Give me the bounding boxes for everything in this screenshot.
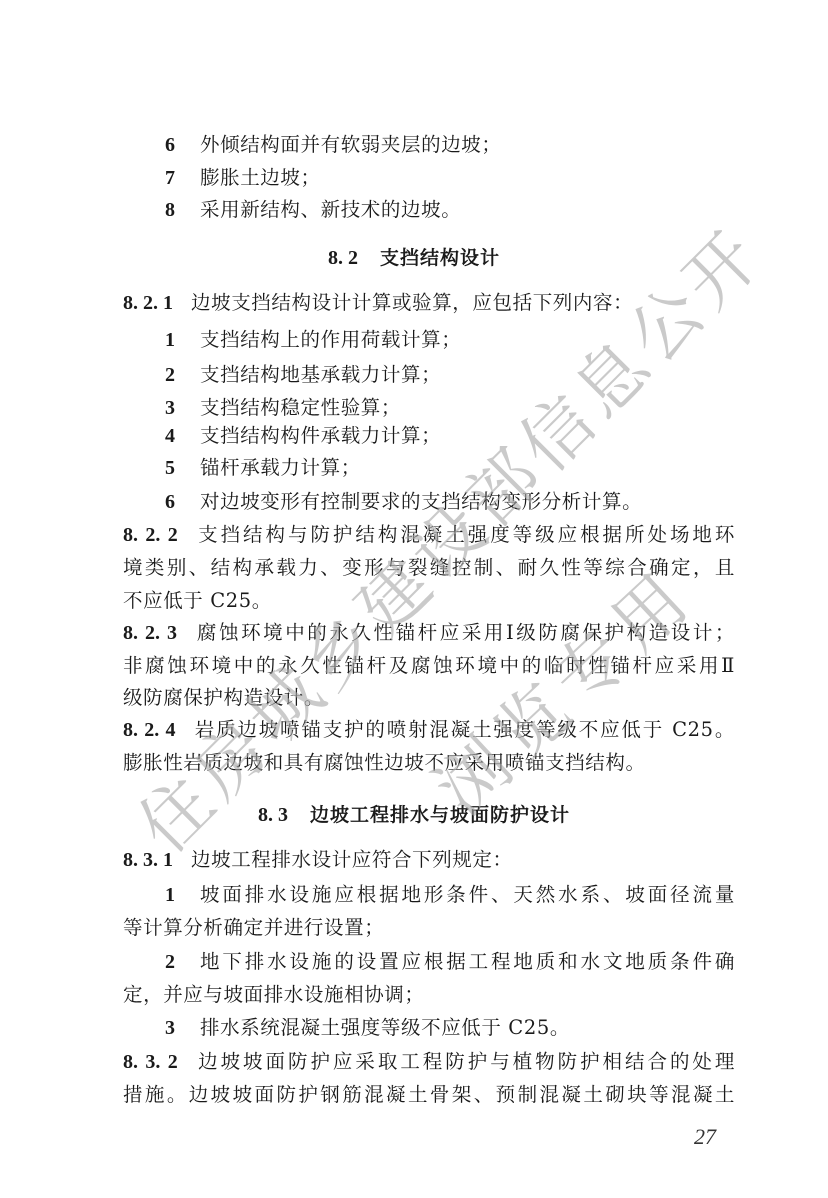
list-item-text: 支挡结构构件承载力计算； <box>200 424 441 448</box>
clause-number: 8. 2. 2 <box>123 524 178 546</box>
clause-number: 8. 3. 1 <box>123 849 173 871</box>
section-number: 8. 3 <box>258 804 288 826</box>
list-item-continuation: 等计算分析确定并进行设置； <box>123 916 735 940</box>
clause-text-continuation: 境类别、结构承载力、变形与裂缝控制、耐久性等综合确定，且 <box>123 556 735 580</box>
list-item-number: 6 <box>165 133 175 157</box>
list-item-number: 3 <box>165 1016 175 1040</box>
clause-text-continuation: 不应低于 C25。 <box>123 589 735 613</box>
list-item-number: 5 <box>165 456 175 480</box>
clause-8-2-3: 8. 2. 3腐蚀环境中的永久性锚杆应采用Ⅰ级防腐保护构造设计； <box>123 621 735 645</box>
list-item-text: 支挡结构上的作用荷载计算； <box>200 328 461 352</box>
clause-text-continuation: 级防腐保护构造设计。 <box>123 686 735 710</box>
clause-8-2-1: 8. 2. 1边坡支挡结构设计计算或验算，应包括下列内容： <box>123 291 735 315</box>
clause-number: 8. 2. 4 <box>123 719 175 741</box>
list-item-text: 膨胀土边坡； <box>200 166 321 190</box>
list-item-number: 8 <box>165 198 175 222</box>
list-item-text: 锚杆承载力计算； <box>200 456 361 480</box>
section-title: 边坡工程排水与坡面防护设计 <box>310 804 570 826</box>
clause-number: 8. 3. 2 <box>123 1051 178 1073</box>
clause-number: 8. 2. 1 <box>123 292 173 314</box>
clause-number: 8. 2. 3 <box>123 622 177 644</box>
list-item-number: 1 <box>165 883 175 907</box>
list-item-number: 4 <box>165 424 175 448</box>
section-number: 8. 2 <box>328 247 358 269</box>
section-heading-8-3: 8. 3边坡工程排水与坡面防护设计 <box>0 803 828 827</box>
list-item-text: 对边坡变形有控制要求的支挡结构变形分析计算。 <box>200 490 642 514</box>
clause-8-2-4: 8. 2. 4岩质边坡喷锚支护的喷射混凝土强度等级不应低于 C25。 <box>123 718 735 742</box>
clause-text: 边坡支挡结构设计计算或验算，应包括下列内容： <box>191 291 633 314</box>
section-title: 支挡结构设计 <box>380 247 500 269</box>
list-item-text: 采用新结构、新技术的边坡。 <box>200 198 461 222</box>
list-item-text: 坡面排水设施应根据地形条件、天然水系、坡面径流量 <box>200 883 735 907</box>
list-item-number: 2 <box>165 363 175 387</box>
document-page: 6 外倾结构面并有软弱夹层的边坡； 7 膨胀土边坡； 8 采用新结构、新技术的边… <box>0 0 828 1198</box>
list-item-text: 支挡结构地基承载力计算； <box>200 363 441 387</box>
clause-text-continuation: 膨胀性岩质边坡和具有腐蚀性边坡不应采用喷锚支挡结构。 <box>123 751 735 775</box>
list-item-number: 7 <box>165 166 175 190</box>
section-heading-8-2: 8. 2支挡结构设计 <box>0 246 828 270</box>
clause-text-continuation: 措施。边坡坡面防护钢筋混凝土骨架、预制混凝土砌块等混凝土 <box>123 1083 735 1107</box>
list-item-number: 3 <box>165 396 175 420</box>
clause-text: 支挡结构与防护结构混凝土强度等级应根据所处场地环 <box>196 523 735 546</box>
clause-text-continuation: 非腐蚀环境中的永久性锚杆及腐蚀环境中的临时性锚杆应采用Ⅱ <box>123 654 735 678</box>
clause-8-3-1: 8. 3. 1边坡工程排水设计应符合下列规定： <box>123 848 735 872</box>
clause-text: 岩质边坡喷锚支护的喷射混凝土强度等级不应低于 C25。 <box>193 718 735 741</box>
list-item-number: 6 <box>165 490 175 514</box>
list-item-text: 排水系统混凝土强度等级不应低于 C25。 <box>200 1016 570 1040</box>
clause-8-3-2: 8. 3. 2边坡坡面防护应采取工程防护与植物防护相结合的处理 <box>123 1050 735 1074</box>
list-item-number: 1 <box>165 328 175 352</box>
clause-text: 边坡工程排水设计应符合下列规定： <box>191 848 513 871</box>
clause-text: 边坡坡面防护应采取工程防护与植物防护相结合的处理 <box>196 1050 735 1073</box>
list-item-continuation: 定，并应与坡面排水设施相协调； <box>123 983 735 1007</box>
page-number: 27 <box>694 1124 716 1150</box>
clause-text: 腐蚀环境中的永久性锚杆应采用Ⅰ级防腐保护构造设计； <box>195 621 735 644</box>
list-item-text: 外倾结构面并有软弱夹层的边坡； <box>200 133 502 157</box>
list-item-text: 支挡结构稳定性验算； <box>200 396 401 420</box>
list-item-number: 2 <box>165 950 175 974</box>
list-item-text: 地下排水设施的设置应根据工程地质和水文地质条件确 <box>200 950 735 974</box>
clause-8-2-2: 8. 2. 2支挡结构与防护结构混凝土强度等级应根据所处场地环 <box>123 523 735 547</box>
